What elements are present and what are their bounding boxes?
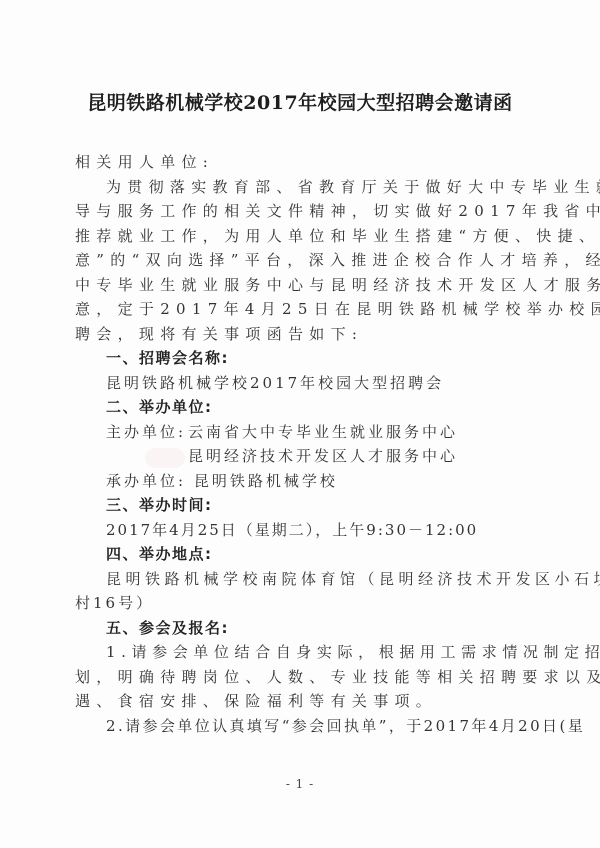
- host-1: 云南省大中专毕业生就业服务中心: [188, 422, 458, 442]
- fair-time: 2017年4月25日（星期二），上午9:30－12:00: [106, 520, 478, 540]
- intro-line: 意”的“双向选择”平台，深入推进企校合作人才培养，经云南省大: [75, 250, 600, 270]
- intro-line: 意，定于2017年4月25日在昆明铁路机械学校举办校园大型招: [75, 299, 600, 319]
- fair-name: 昆明铁路机械学校2017年校园大型招聘会: [106, 373, 444, 393]
- registration-item-1: 划，明确待聘岗位、人数、专业技能等相关招聘要求以及薪酬待: [75, 667, 600, 687]
- registration-item-1: 1.请参会单位结合自身实际，根据用工需求情况制定招聘计: [106, 642, 600, 662]
- page-number: - 1 -: [0, 777, 600, 791]
- host-label: 主办单位:: [106, 422, 186, 442]
- intro-line: 聘会，现将有关事项函告如下:: [75, 324, 363, 344]
- section-heading-hosts: 二、举办单位:: [106, 397, 213, 417]
- registration-item-1: 遇、食宿安排、保险福利等有关事项。: [75, 691, 437, 711]
- document-page: 昆明铁路机械学校2017年校园大型招聘会邀请函 相关用人单位: 为贯彻落实教育部…: [0, 0, 600, 848]
- faint-stamp-mark: [145, 448, 185, 468]
- section-heading-time: 三、举办时间:: [106, 495, 213, 515]
- venue-line: 村16号）: [75, 593, 154, 613]
- section-heading-venue: 四、举办地点:: [106, 544, 213, 564]
- registration-item-2: 2.请参会单位认真填写“参会回执单”，于2017年4月20日(星: [106, 716, 585, 736]
- salutation: 相关用人单位:: [75, 152, 214, 172]
- document-title: 昆明铁路机械学校2017年校园大型招聘会邀请函: [0, 88, 600, 115]
- organizer: 承办单位: 昆明铁路机械学校: [106, 471, 338, 491]
- section-heading-name: 一、招聘会名称:: [106, 348, 229, 368]
- venue-line: 昆明铁路机械学校南院体育馆（昆明经济技术开发区小石坝: [106, 569, 600, 589]
- intro-line: 为贯彻落实教育部、省教育厅关于做好大中专毕业生就业指: [106, 177, 600, 197]
- intro-line: 导与服务工作的相关文件精神，切实做好2017年我省中职毕业生: [75, 201, 600, 221]
- host-2: 昆明经济技术开发区人才服务中心: [188, 446, 458, 466]
- intro-line: 中专毕业生就业服务中心与昆明经济技术开发区人才服务中心同: [75, 275, 600, 295]
- intro-line: 推荐就业工作，为用人单位和毕业生搭建“方便、快捷、高效、满: [75, 226, 600, 246]
- section-heading-registration: 五、参会及报名:: [106, 618, 229, 638]
